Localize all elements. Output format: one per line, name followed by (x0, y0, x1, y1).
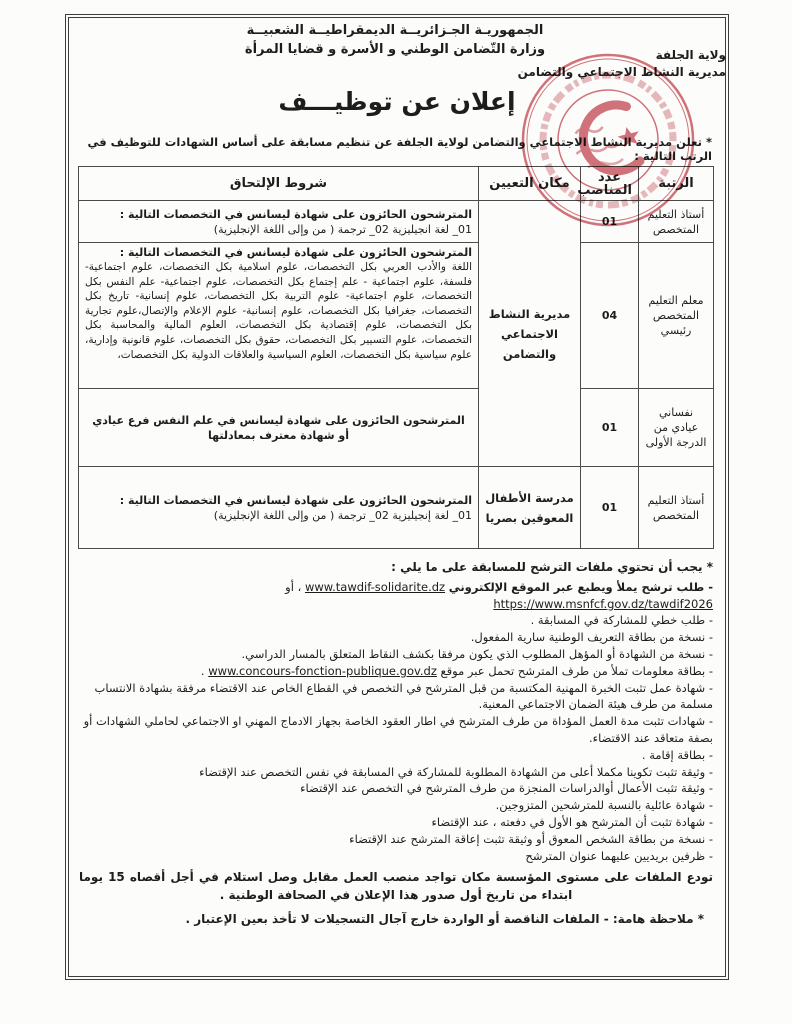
conditions-body: اللغة والأدب العربي بكل التخصصات، علوم ا… (85, 260, 472, 362)
requirement-item: - بطاقة إقامة . (79, 747, 713, 764)
rank-cell: أستاذ التعليم المتخصص (639, 467, 714, 549)
positions-cell: 01 (581, 467, 639, 549)
conditions-cell: المترشحون الحائزون على شهادة ليسانس في ا… (79, 201, 479, 243)
concours-fonction-publique-link[interactable]: www.concours-fonction-publique.gov.dz (208, 664, 437, 678)
positions-cell: 04 (581, 243, 639, 389)
stamp-inner-ring (547, 79, 668, 200)
application-form-label: - طلب ترشح يملأ ويطبع عبر الموقع الإلكتر… (449, 580, 713, 594)
header-conditions: شروط الإلتحاق (79, 167, 479, 201)
requirements-list-a: - طلب خطي للمشاركة في المسابقة . - نسخة … (79, 612, 713, 662)
requirement-item: - وثيقة تثبت تكوينا مكملا أعلى من الشهاد… (79, 764, 713, 781)
requirement-item: - شهادات تثبت مدة العمل المؤداة من طرف ا… (79, 713, 713, 747)
rank-cell: معلم التعليم المتخصص رئيسي (639, 243, 714, 389)
stamp-text-ring (529, 61, 687, 219)
or-separator: ، أو (285, 580, 301, 594)
conditions-title: المترشحون الحائزون على شهادة ليسانس في ا… (120, 246, 472, 259)
rank-cell: نفساني عيادي من الدرجة الأولى (639, 389, 714, 467)
scanned-announcement-page: الجمهوريـة الجـزائريــة الديمقراطيــة ال… (0, 0, 792, 1024)
conditions-cell: المترشحون الحائزون على شهادة ليسانس في ع… (79, 389, 479, 467)
requirements-heading: * يجب أن تحتوي ملفات الترشح للمسابقة على… (79, 559, 713, 576)
info-card-period: . (201, 664, 205, 678)
requirement-item: - شهادة تثبت أن المترشح هو الأول في دفعت… (79, 814, 713, 831)
stamp-outer-ring-inner-line (510, 42, 706, 238)
location-cell-school: مدرسة الأطفال المعوقين بصريا (479, 467, 581, 549)
star-icon (616, 124, 642, 148)
info-card-label: - بطاقة معلومات تملأ من طرف المترشح تحمل… (441, 664, 713, 678)
conditions-body: 01_ لغة انجيليزية 02_ ترجمة ( من وإلى ال… (214, 223, 472, 236)
requirement-item-info-card: - بطاقة معلومات تملأ من طرف المترشح تحمل… (79, 663, 713, 680)
stamp-outer-ring (505, 37, 711, 243)
conditions-title: المترشحون الحائزون على شهادة ليسانس في ا… (120, 494, 472, 507)
requirement-item: - نسخة من الشهادة أو المؤهل المطلوب الذي… (79, 646, 713, 663)
requirements-section: * يجب أن تحتوي ملفات الترشح للمسابقة على… (79, 559, 713, 864)
msnfcf-link[interactable]: https://www.msnfcf.gov.dz/tawdif2026 (493, 597, 713, 611)
table-row: معلم التعليم المتخصص رئيسي 04 المترشحون … (79, 243, 714, 389)
table-row: أستاذ التعليم المتخصص 01 مدرسة الأطفال ا… (79, 467, 714, 549)
requirement-item-application-form: - طلب ترشح يملأ ويطبع عبر الموقع الإلكتر… (79, 579, 713, 613)
table-row: نفساني عيادي من الدرجة الأولى 01 المترشح… (79, 389, 714, 467)
requirement-item: - وثيقة تثبت الأعمال أوالدراسات المنجزة … (79, 780, 713, 797)
requirements-list-b: - شهادة عمل تثبت الخبرة المهنية المكتسبة… (79, 680, 713, 865)
conditions-cell: المترشحون الحائزون على شهادة ليسانس في ا… (79, 243, 479, 389)
positions-cell: 01 (581, 389, 639, 467)
requirement-item: - طلب خطي للمشاركة في المسابقة . (79, 612, 713, 629)
tawdif-solidarite-link[interactable]: www.tawdif-solidarite.dz (305, 580, 445, 594)
conditions-title: المترشحون الحائزون على شهادة ليسانس في ا… (120, 208, 472, 221)
deposit-instructions: تودع الملفات على مستوى المؤسسة مكان تواج… (79, 869, 713, 904)
requirement-item: - شهادة عمل تثبت الخبرة المهنية المكتسبة… (79, 680, 713, 714)
requirement-item: - نسخة من بطاقة الشخص المعوق أو وثيقة تث… (79, 831, 713, 848)
requirement-item: - نسخة من بطاقة التعريف الوطنية سارية ال… (79, 629, 713, 646)
republic-line: الجمهوريـة الجـزائريــة الديمقراطيــة ال… (170, 21, 620, 40)
important-note: * ملاحظة هامة: - الملفات الناقصة أو الوا… (79, 912, 704, 926)
conditions-cell: المترشحون الحائزون على شهادة ليسانس في ا… (79, 467, 479, 549)
requirement-item: - شهادة عائلية بالنسبة للمترشحين المتزوج… (79, 797, 713, 814)
requirement-item: - ظرفين بريديين عليهما عنوان المترشح (79, 848, 713, 865)
conditions-body: 01_ لغة إنجيليزية 02_ ترجمة ( من وإلى ال… (214, 509, 472, 522)
